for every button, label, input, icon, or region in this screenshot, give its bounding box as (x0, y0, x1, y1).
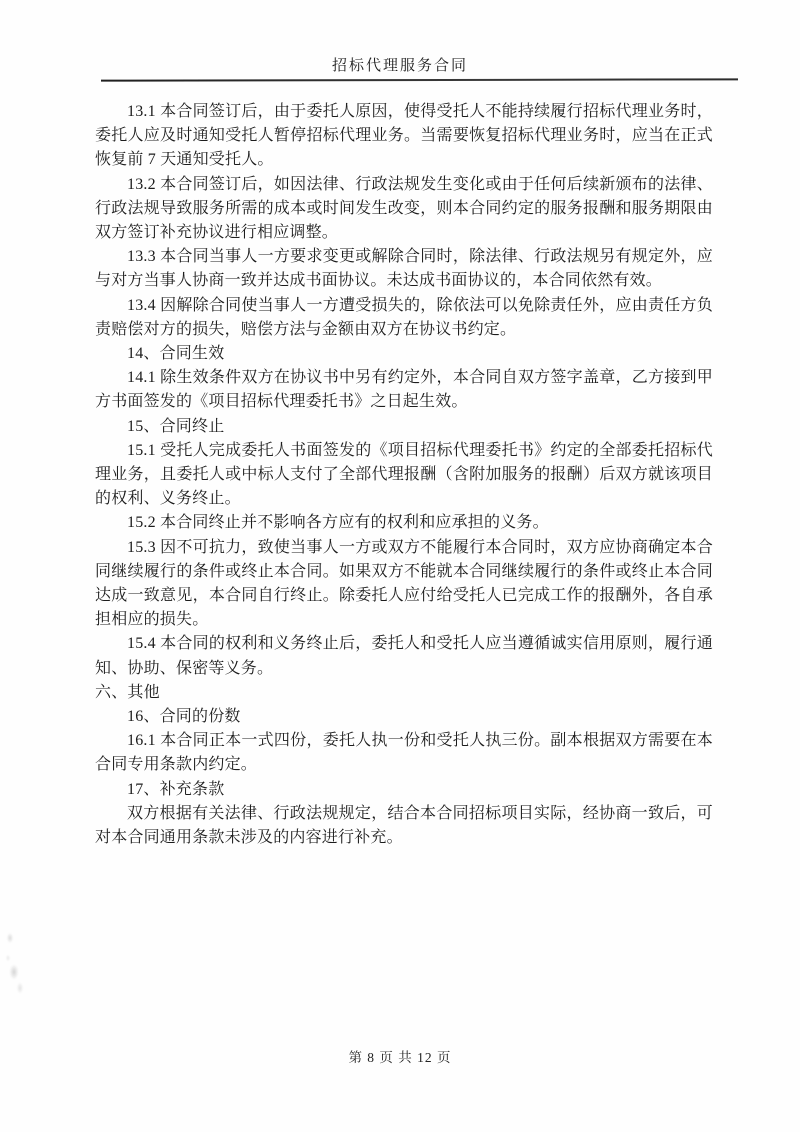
scan-smudge-artifact (1, 920, 37, 1010)
contract-body: 13.1 本合同签订后，由于委托人原因，使得受托人不能持续履行招标代理业务时，委… (95, 100, 713, 850)
page-number: 第 8 页 共 12 页 (0, 1046, 800, 1066)
contract-paragraph: 15.2 本合同终止并不影响各方应有的权利和应承担的义务。 (95, 511, 713, 535)
contract-paragraph: 16.1 本合同正本一式四份，委托人执一份和受托人执三份。副本根据双方需要在本合… (95, 729, 713, 777)
contract-page: 招标代理服务合同 13.1 本合同签订后，由于委托人原因，使得受托人不能持续履行… (0, 0, 800, 1132)
contract-paragraph: 15.4 本合同的权利和义务终止后，委托人和受托人应当遵循诚实信用原则，履行通知… (95, 632, 713, 680)
contract-paragraph: 13.3 本合同当事人一方要求变更或解除合同时，除法律、行政法规另有规定外，应与… (95, 245, 713, 293)
contract-paragraph: 13.2 本合同签订后，如因法律、行政法规发生变化或由于任何后续新颁布的法律、行… (95, 173, 713, 246)
contract-paragraph: 13.4 因解除合同使当事人一方遭受损失的，除依法可以免除责任外，应由责任方负责… (95, 294, 713, 342)
contract-paragraph: 17、补充条款 (95, 778, 713, 802)
contract-paragraph: 16、合同的份数 (95, 705, 713, 729)
contract-paragraph: 14、合同生效 (95, 342, 713, 366)
document-header-title: 招标代理服务合同 (0, 54, 800, 75)
contract-paragraph: 15.1 受托人完成委托人书面签发的《项目招标代理委托书》约定的全部委托招标代理… (95, 439, 713, 512)
contract-paragraph: 14.1 除生效条件双方在协议书中另有约定外，本合同自双方签字盖章，乙方接到甲方… (95, 366, 713, 414)
contract-paragraph: 15、合同终止 (95, 415, 713, 439)
contract-paragraph: 双方根据有关法律、行政法规规定，结合本合同招标项目实际，经协商一致后，可对本合同… (95, 802, 713, 850)
header-divider-line (101, 78, 738, 81)
contract-paragraph: 15.3 因不可抗力，致使当事人一方或双方不能履行本合同时，双方应协商确定本合同… (95, 536, 713, 633)
contract-paragraph: 13.1 本合同签订后，由于委托人原因，使得受托人不能持续履行招标代理业务时，委… (95, 100, 713, 173)
contract-paragraph: 六、其他 (95, 681, 713, 705)
